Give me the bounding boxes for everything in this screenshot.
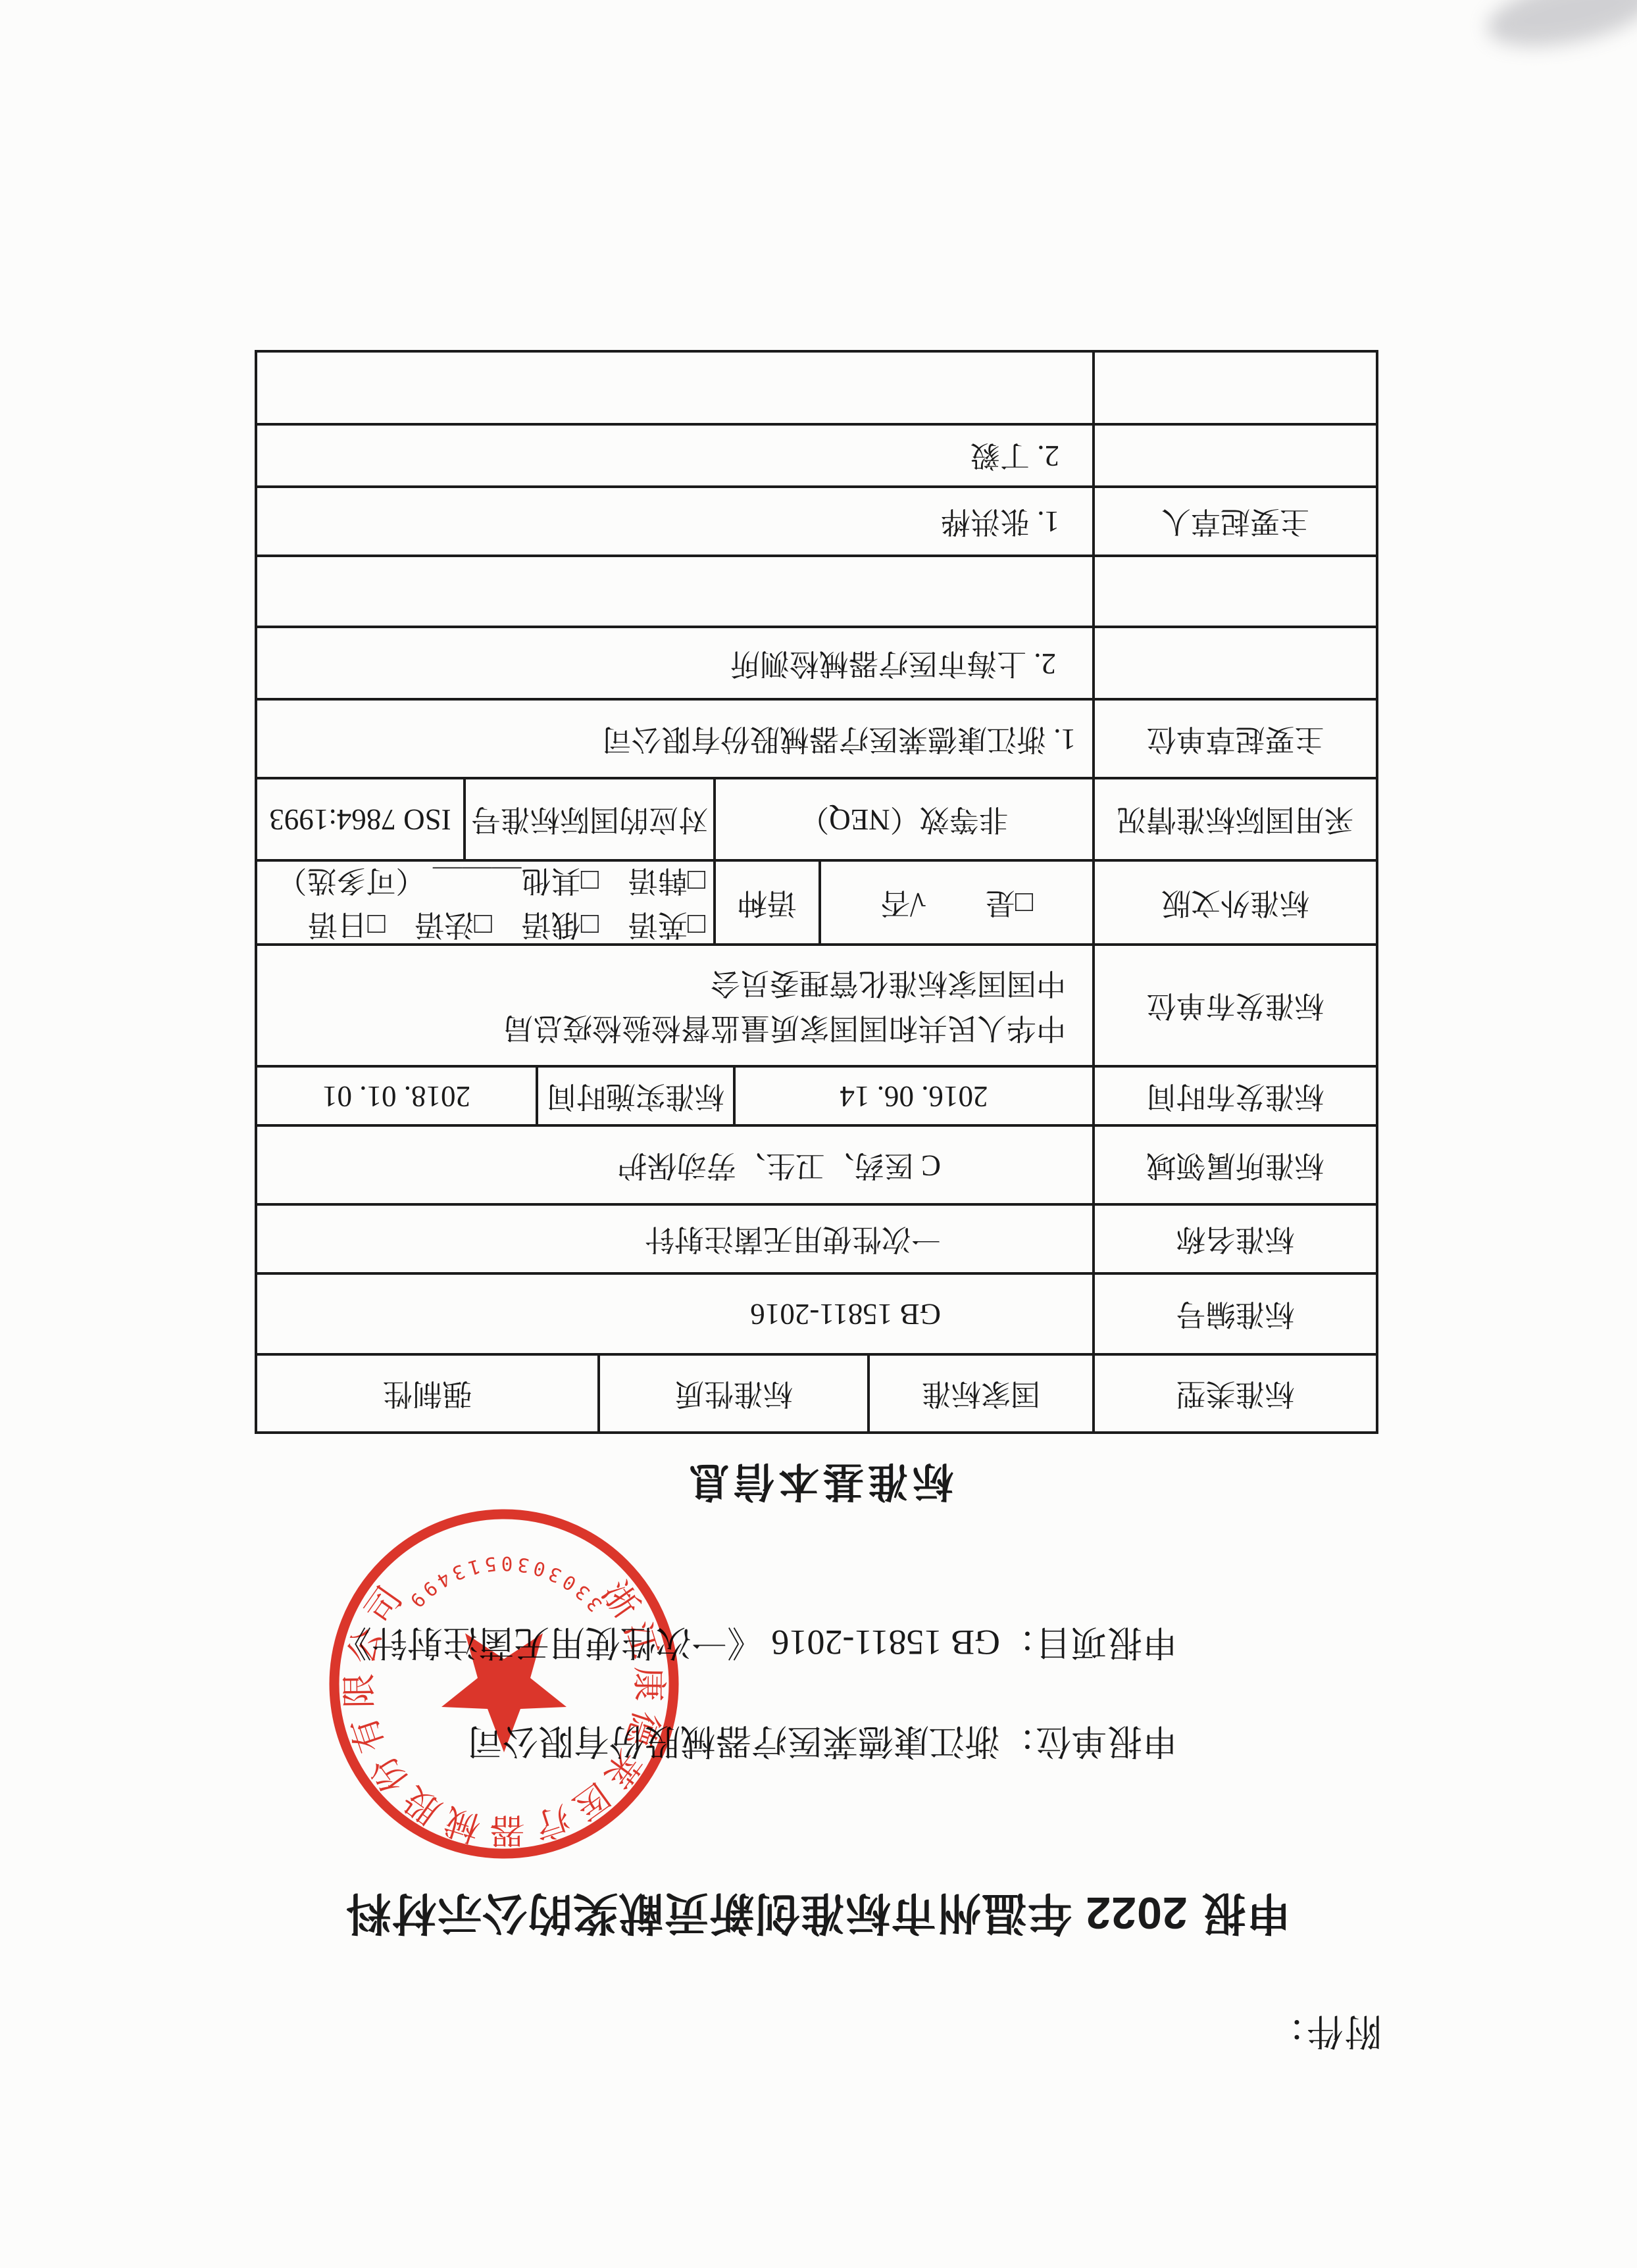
table-row: 主要起草单位1. 浙江康德莱医疗器械股份有限公司 bbox=[257, 698, 1376, 777]
table-row: 2. 上海市医疗器械检测所 bbox=[257, 626, 1376, 698]
table-row: 主要起草人1. 张洪桦 bbox=[257, 485, 1376, 555]
table-cell: □是 √否 bbox=[818, 862, 1092, 943]
standard-info-table: 标准类型国家标准标准性质强制性标准编号GB 15811-2016标准名称一次性使… bbox=[255, 350, 1378, 1434]
table-cell: 1. 张洪桦 bbox=[257, 488, 1092, 555]
table-cell: C 医药、卫生、劳动保护 bbox=[257, 1127, 1092, 1203]
scanned-document-page: 附件： 申报 2022 年温州市标准创新贡献奖的公示材料 申报单位：浙江康德莱医… bbox=[0, 0, 1637, 2268]
table-cell bbox=[257, 557, 1092, 626]
table-row: 标准发布时间2016. 06. 14标准实施时间2018. 01. 01 bbox=[257, 1065, 1376, 1124]
table-row-label: 标准编号 bbox=[1092, 1275, 1376, 1353]
table-cell: 2. 上海市医疗器械检测所 bbox=[257, 628, 1092, 698]
table-row-label bbox=[1092, 426, 1376, 485]
table-row-label: 主要起草人 bbox=[1092, 488, 1376, 555]
attachment-label: 附件： bbox=[1267, 2008, 1382, 2060]
table-cell: 2. 丁毅 bbox=[257, 426, 1092, 485]
table-row: 标准外文版□是 √否语种□英语 □俄语 □法语 □日语 □韩语 □其他＿＿＿ （… bbox=[257, 859, 1376, 943]
table-cell: 国家标准 bbox=[867, 1356, 1092, 1431]
table-row: 标准发布单位中华人民共和国国家质量监督检验检疫总局 中国国家标准化管理委员会 bbox=[257, 943, 1376, 1065]
table-cell bbox=[257, 353, 1092, 423]
table-cell: 2016. 06. 14 bbox=[733, 1068, 1092, 1124]
table-cell: 对应的国际标准号 bbox=[463, 779, 713, 859]
table-cell: 强制性 bbox=[257, 1356, 597, 1431]
seal-serial-number: 3303030513499 bbox=[401, 1552, 606, 1616]
table-row-label: 标准所属领域 bbox=[1092, 1127, 1376, 1203]
table-cell: 2018. 01. 01 bbox=[257, 1068, 536, 1124]
table-cell: 中华人民共和国国家质量监督检验检疫总局 中国国家标准化管理委员会 bbox=[257, 946, 1092, 1065]
table-row-label: 标准类型 bbox=[1092, 1356, 1376, 1431]
table-row bbox=[257, 555, 1376, 626]
table-row: 采用国际标准情况非等效（NEQ）对应的国际标准号ISO 7864:1993 bbox=[257, 777, 1376, 859]
table-cell: GB 15811-2016 bbox=[257, 1275, 1092, 1353]
document-title: 申报 2022 年温州市标准创新贡献奖的公示材料 bbox=[0, 1885, 1637, 1948]
table-row-label bbox=[1092, 628, 1376, 698]
table-row bbox=[257, 353, 1376, 423]
table-row-label: 标准发布单位 bbox=[1092, 946, 1376, 1065]
table-cell: 一次性使用无菌注射针 bbox=[257, 1206, 1092, 1272]
table-cell: 语种 bbox=[713, 862, 818, 943]
table-row: 标准名称一次性使用无菌注射针 bbox=[257, 1203, 1376, 1272]
table-row: 标准类型国家标准标准性质强制性 bbox=[257, 1353, 1376, 1431]
table-row-label: 标准外文版 bbox=[1092, 862, 1376, 943]
table-row-label: 采用国际标准情况 bbox=[1092, 779, 1376, 859]
company-seal: 浙江康德莱医疗器械股份有限公司 3303030513499 bbox=[322, 1502, 686, 1865]
document-sheet-rotated-180: 附件： 申报 2022 年温州市标准创新贡献奖的公示材料 申报单位：浙江康德莱医… bbox=[0, 0, 1637, 2268]
table-row-label: 标准发布时间 bbox=[1092, 1068, 1376, 1124]
seal-star bbox=[441, 1633, 567, 1752]
table-cell: 标准性质 bbox=[597, 1356, 867, 1431]
table-cell: □英语 □俄语 □法语 □日语 □韩语 □其他＿＿＿ （可多选） bbox=[257, 862, 713, 943]
table-row: 标准编号GB 15811-2016 bbox=[257, 1272, 1376, 1353]
table-row-label: 主要起草单位 bbox=[1092, 701, 1376, 777]
table-cell: 标准实施时间 bbox=[536, 1068, 733, 1124]
table-cell: 非等效（NEQ） bbox=[713, 779, 1092, 859]
table-row-label bbox=[1092, 353, 1376, 423]
table-row: 标准所属领域C 医药、卫生、劳动保护 bbox=[257, 1124, 1376, 1203]
table-row-label bbox=[1092, 557, 1376, 626]
section-heading: 标准基本信息 bbox=[260, 1456, 1378, 1514]
table-row: 2. 丁毅 bbox=[257, 423, 1376, 485]
table-cell: 1. 浙江康德莱医疗器械股份有限公司 bbox=[257, 701, 1092, 777]
table-row-label: 标准名称 bbox=[1092, 1206, 1376, 1272]
table-cell: ISO 7864:1993 bbox=[257, 779, 463, 859]
